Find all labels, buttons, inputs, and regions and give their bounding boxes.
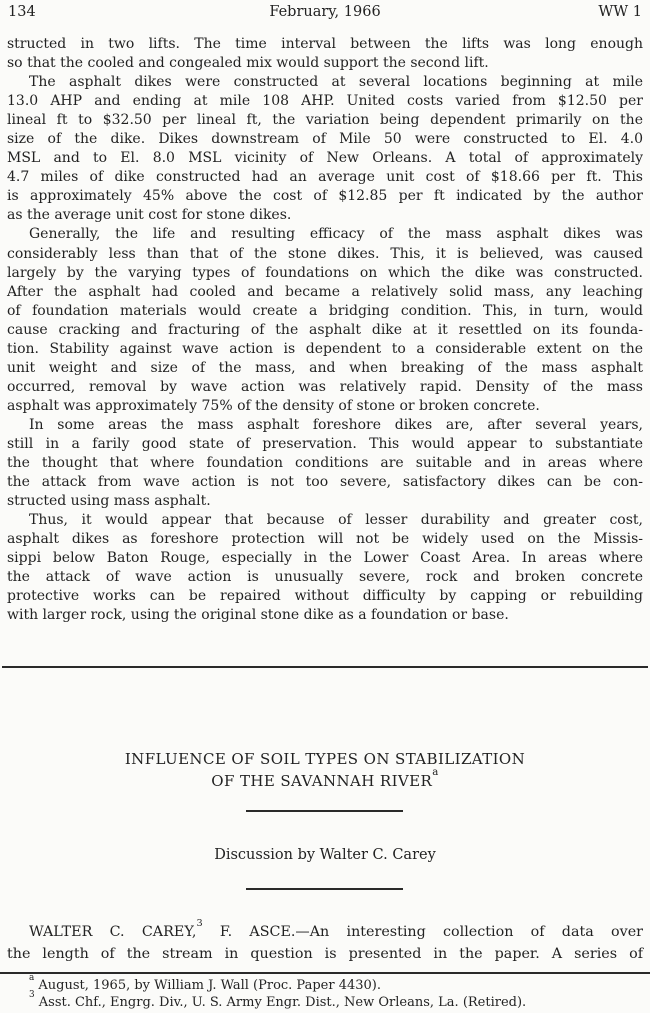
text-line: occurred, removal by wave action was rel… (7, 378, 643, 397)
text-line: The asphalt dikes were constructed at se… (7, 73, 643, 92)
text-line: the attack of wave action is unusually s… (7, 568, 643, 587)
text-line: lineal ft to $32.50 per lineal ft, the v… (7, 111, 643, 130)
footnotes: a August, 1965, by William J. Wall (Proc… (7, 977, 643, 1012)
text-line: the thought that where foundation condit… (7, 454, 643, 473)
text-line: the length of the stream in question is … (7, 943, 643, 965)
text-line: cause cracking and fracturing of the asp… (7, 321, 643, 340)
section-title-line: OF THE SAVANNAH RIVERa (0, 771, 650, 793)
discussion-text: WALTER C. CAREY,3 F. ASCE.—An interestin… (7, 921, 643, 966)
footnote-rule (0, 972, 650, 974)
text-line: After the asphalt had cooled and became … (7, 283, 643, 302)
text-line: of foundation materials would create a b… (7, 302, 643, 321)
text-line: Generally, the life and resulting effica… (7, 225, 643, 244)
text-line: so that the cooled and congealed mix wou… (7, 54, 643, 73)
byline-rule-bottom (246, 888, 403, 890)
text-line: still in a farily good state of preserva… (7, 435, 643, 454)
section-divider-rule (2, 666, 648, 668)
text-line: MSL and to El. 8.0 MSL vicinity of New O… (7, 149, 643, 168)
section-title-line: INFLUENCE OF SOIL TYPES ON STABILIZATION (0, 749, 650, 771)
text-line: protective works can be repaired without… (7, 587, 643, 606)
byline-rule-top (246, 810, 403, 812)
text-line: sippi below Baton Rouge, especially in t… (7, 549, 643, 568)
text-line: structed in two lifts. The time interval… (7, 35, 643, 54)
footnote-line: 3 Asst. Chf., Engrg. Div., U. S. Army En… (7, 994, 643, 1011)
journal-code: WW 1 (598, 4, 642, 20)
text-line: asphalt was approximately 75% of the den… (7, 397, 643, 416)
text-line: as the average unit cost for stone dikes… (7, 206, 643, 225)
discussion-byline: Discussion by Walter C. Carey (0, 847, 650, 863)
document-page: 134 February, 1966 WW 1 structed in two … (0, 0, 650, 1013)
text-line: structed using mass asphalt. (7, 492, 643, 511)
text-line: 13.0 AHP and ending at mile 108 AHP. Uni… (7, 92, 643, 111)
text-line: is approximately 45% above the cost of $… (7, 187, 643, 206)
page-header: 134 February, 1966 WW 1 (8, 4, 642, 22)
text-line: size of the dike. Dikes downstream of Mi… (7, 130, 643, 149)
text-line: unit weight and size of the mass, and wh… (7, 359, 643, 378)
text-line: WALTER C. CAREY,3 F. ASCE.—An interestin… (7, 921, 643, 943)
text-line: Thus, it would appear that because of le… (7, 511, 643, 530)
text-line: In some areas the mass asphalt foreshore… (7, 416, 643, 435)
article-body: structed in two lifts. The time interval… (7, 35, 643, 625)
text-line: asphalt dikes as foreshore protection wi… (7, 530, 643, 549)
text-line: considerably less than that of the stone… (7, 245, 643, 264)
text-line: 4.7 miles of dike constructed had an ave… (7, 168, 643, 187)
text-line: tion. Stability against wave action is d… (7, 340, 643, 359)
text-line: with larger rock, using the original sto… (7, 606, 643, 625)
footnote-line: a August, 1965, by William J. Wall (Proc… (7, 977, 643, 994)
section-title: INFLUENCE OF SOIL TYPES ON STABILIZATION… (0, 749, 650, 792)
text-line: largely by the varying types of foundati… (7, 264, 643, 283)
text-line: the attack from wave action is not too s… (7, 473, 643, 492)
issue-date: February, 1966 (8, 4, 642, 20)
